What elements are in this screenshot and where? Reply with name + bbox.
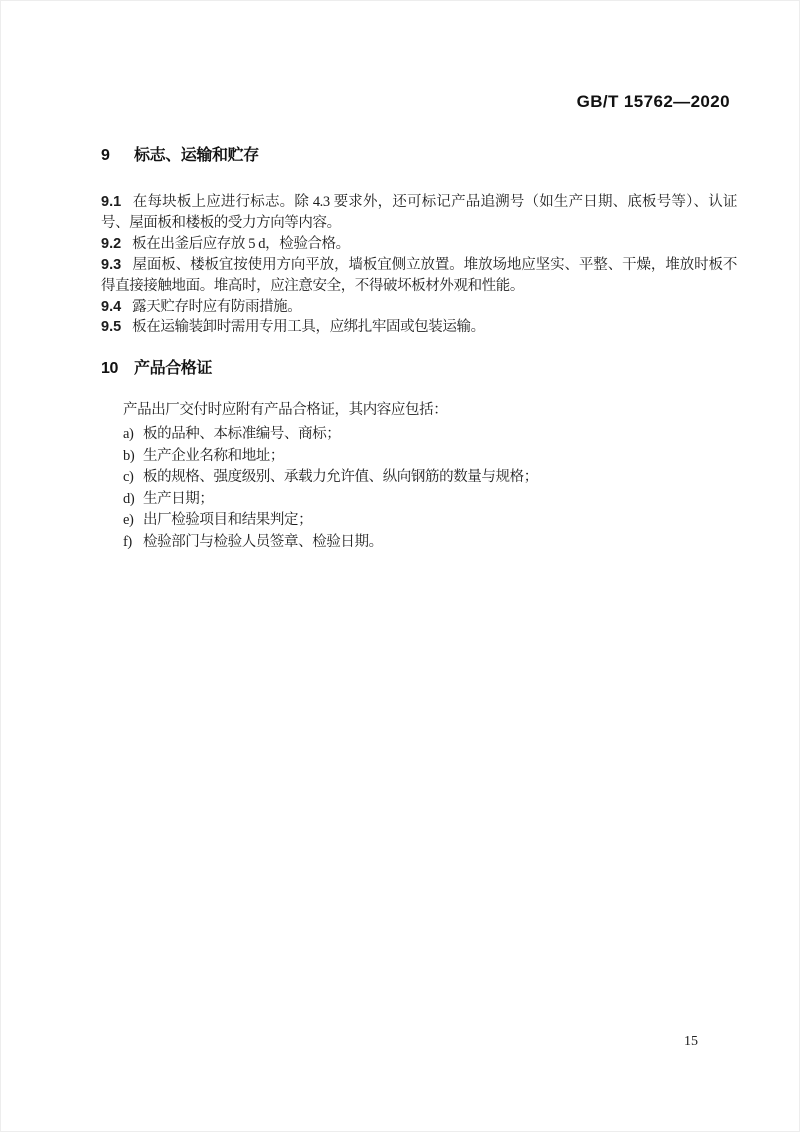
list-item-letter: d)	[123, 489, 143, 511]
list-item: c)板的规格、强度级别、承载力允许值、纵向钢筋的数量与规格；	[123, 467, 737, 489]
section-10-heading: 10产品合格证	[101, 360, 737, 377]
clause-9-4-text: 露天贮存时应有防雨措施。	[132, 299, 301, 315]
section-9-number: 9	[101, 147, 127, 164]
list-item-text: 板的规格、强度级别、承载力允许值、纵向钢筋的数量与规格；	[143, 469, 538, 485]
list-item: d)生产日期；	[123, 489, 737, 511]
list-item: b)生产企业名称和地址；	[123, 446, 737, 468]
clause-9-4-number: 9.4	[101, 299, 121, 315]
clause-9-1-text: 在每块板上应进行标志。除 4.3 要求外，还可标记产品追溯号（如生产日期、底板号…	[101, 194, 737, 231]
list-item-letter: c)	[123, 467, 143, 489]
list-item-text: 板的品种、本标准编号、商标；	[143, 426, 340, 442]
clause-9-1-number: 9.1	[101, 194, 121, 210]
standard-number-header: GB/T 15762—2020	[577, 92, 730, 112]
list-item-text: 生产企业名称和地址；	[143, 448, 284, 464]
list-item-text: 检验部门与检验人员签章、检验日期。	[143, 534, 383, 550]
clause-9-3-text: 屋面板、楼板宜按使用方向平放，墙板宜侧立放置。堆放场地应坚实、平整、干燥，堆放时…	[101, 257, 737, 294]
section-9-title: 标志、运输和贮存	[134, 147, 259, 164]
clause-9-4: 9.4露天贮存时应有防雨措施。	[101, 297, 737, 318]
document-page: GB/T 15762—2020 9标志、运输和贮存 9.1在每块板上应进行标志。…	[0, 0, 800, 1132]
clause-9-2: 9.2板在出釜后应存放 5 d，检验合格。	[101, 234, 737, 255]
section-10-number: 10	[101, 360, 127, 377]
list-item-letter: e)	[123, 510, 143, 532]
clause-9-2-number: 9.2	[101, 236, 121, 252]
clause-9-3-number: 9.3	[101, 257, 121, 273]
clause-9-5: 9.5板在运输装卸时需用专用工具，应绑扎牢固或包装运输。	[101, 317, 737, 338]
list-item-text: 生产日期；	[143, 491, 214, 507]
certificate-intro-paragraph: 产品出厂交付时应附有产品合格证，其内容应包括：	[101, 400, 737, 421]
clause-9-1: 9.1在每块板上应进行标志。除 4.3 要求外，还可标记产品追溯号（如生产日期、…	[101, 192, 737, 234]
clause-9-5-text: 板在运输装卸时需用专用工具，应绑扎牢固或包装运输。	[132, 319, 485, 335]
list-item: f)检验部门与检验人员签章、检验日期。	[123, 532, 737, 554]
list-item-text: 出厂检验项目和结果判定；	[143, 512, 312, 528]
page-content: 9标志、运输和贮存 9.1在每块板上应进行标志。除 4.3 要求外，还可标记产品…	[101, 147, 737, 553]
list-item: a)板的品种、本标准编号、商标；	[123, 424, 737, 446]
clause-9-3: 9.3屋面板、楼板宜按使用方向平放，墙板宜侧立放置。堆放场地应坚实、平整、干燥，…	[101, 255, 737, 297]
clause-9-5-number: 9.5	[101, 319, 121, 335]
section-9-heading: 9标志、运输和贮存	[101, 147, 737, 164]
section-10-title: 产品合格证	[134, 360, 212, 377]
list-item-letter: f)	[123, 532, 143, 554]
clause-9-2-text: 板在出釜后应存放 5 d，检验合格。	[132, 236, 350, 252]
certificate-content-list: a)板的品种、本标准编号、商标； b)生产企业名称和地址； c)板的规格、强度级…	[101, 424, 737, 553]
list-item: e)出厂检验项目和结果判定；	[123, 510, 737, 532]
page-number: 15	[684, 1034, 698, 1050]
list-item-letter: a)	[123, 424, 143, 446]
list-item-letter: b)	[123, 446, 143, 468]
